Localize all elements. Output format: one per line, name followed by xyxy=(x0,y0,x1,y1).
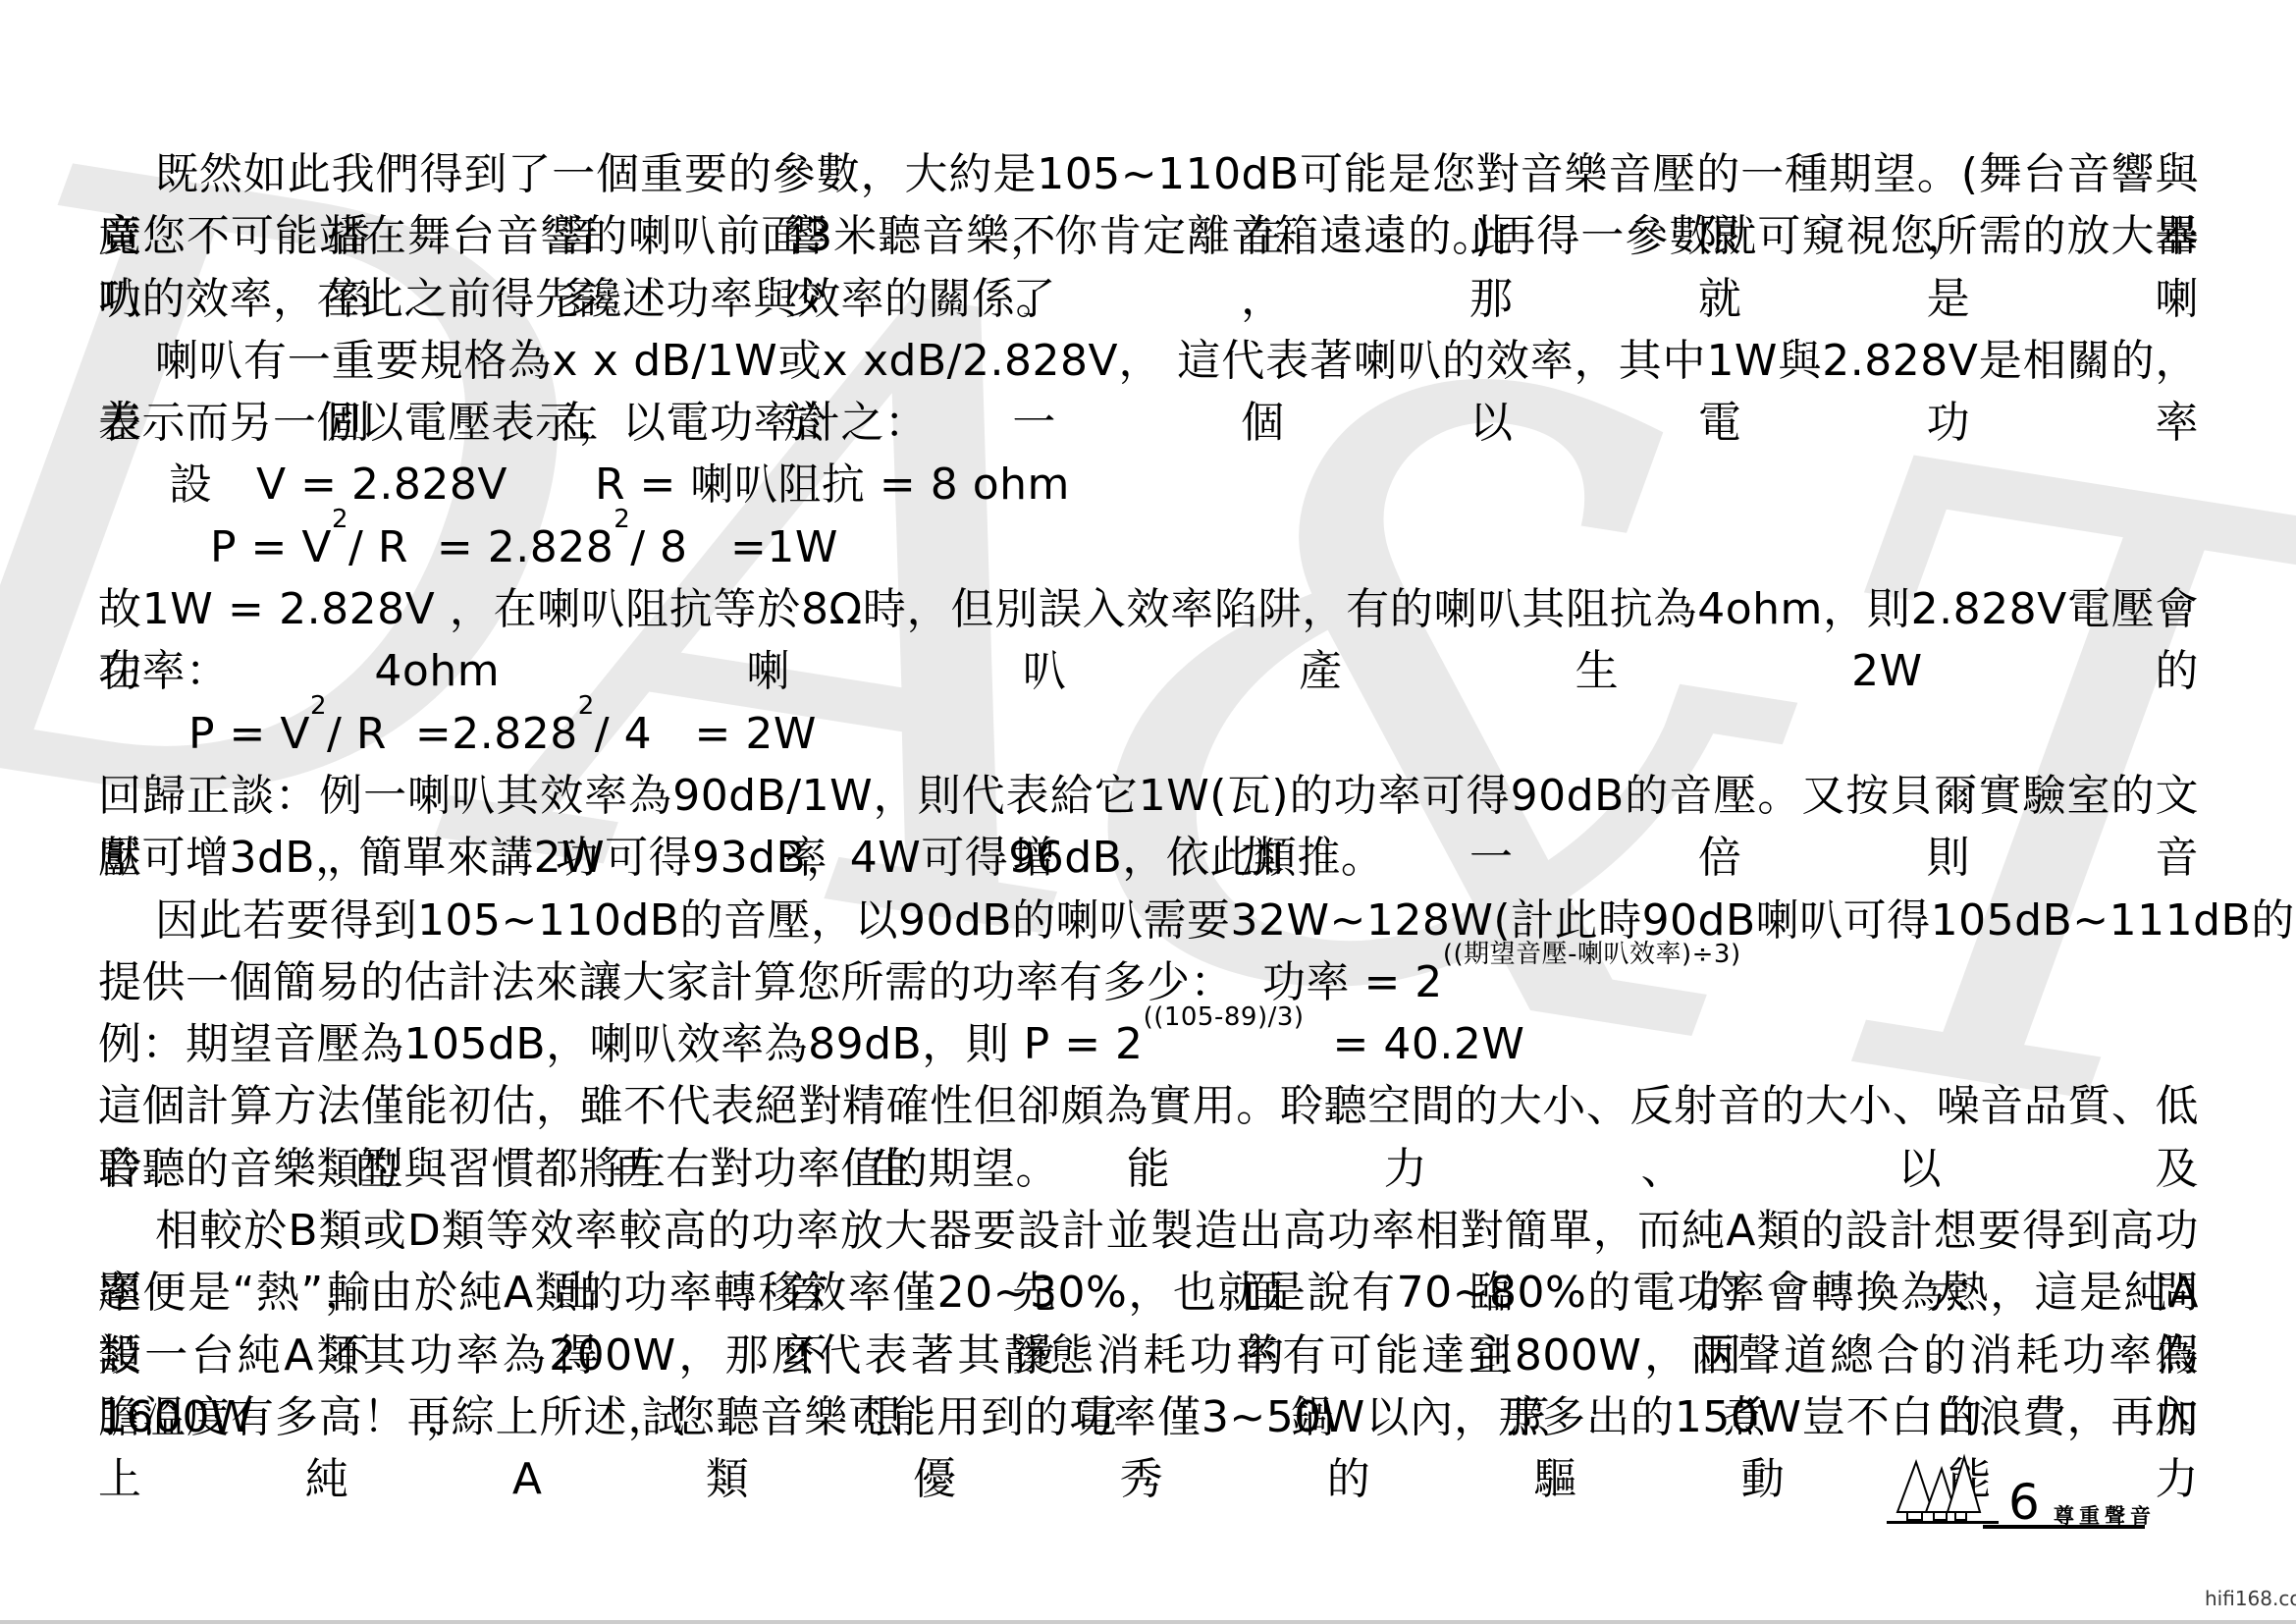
text-line: 例：期望音壓為105dB，喇叭效率為89dB，則 P = 2((105-89)/… xyxy=(98,1013,2199,1075)
text-line: 因此若要得到105~110dB的音壓，以90dB的喇叭需要32W~128W(計此… xyxy=(98,890,2199,951)
text-line: 膽溫度有多高！再綜上所述，您聽音樂可能用到的功率僅3~50W以內，那多出的150… xyxy=(98,1386,2199,1448)
text-line: 回歸正談：例一喇叭其效率為90dB/1W，則代表給它1W(瓦)的功率可得90dB… xyxy=(98,765,2199,827)
text-line: P = V2/ R = 2.8282/ 8 =1W xyxy=(98,516,2199,578)
text-line: 既然如此我們得到了一個重要的參數，大約是105~110dB可能是您對音樂音壓的一… xyxy=(98,143,2199,205)
text-line: P = V2/ R =2.8282/ 4 = 2W xyxy=(98,703,2199,765)
text-line: 故1W = 2.828V ，在喇叭阻抗等於8Ω時，但別誤入效率陷阱，有的喇叭其阻… xyxy=(98,578,2199,640)
text-line: 題便是“熱”，由於純A類的功率轉移效率僅20~30%，也就是說有70~80%的電… xyxy=(98,1262,2199,1324)
text-line: 設一台純A類其功率為200W，那麼代表著其靜態消耗功率有可能達到800W，兩聲道… xyxy=(98,1325,2199,1386)
text-line: 竟您不可能站在舞台音響的喇叭前面3米聽音樂，你肯定離音箱遠遠的。)再得一參數就可… xyxy=(98,205,2199,267)
text-line: 設 V = 2.828V R = 喇叭阻抗 = 8 ohm xyxy=(98,454,2199,515)
text-line: 相較於B類或D類等效率較高的功率放大器要設計並製造出高功率相對簡單，而純A類的設… xyxy=(98,1200,2199,1262)
website-url: hifi168.com xyxy=(2205,1587,2296,1610)
page-number: 6 xyxy=(2008,1477,2040,1528)
footer-rule-left xyxy=(1887,1521,1999,1524)
document-page: DA&T 既然如此我們得到了一個重要的參數，大約是105~110dB可能是您對音… xyxy=(0,0,2296,1624)
text-line: 這個計算方法僅能初估，雖不代表絕對精確性但卻頗為實用。聆聽空間的大小、反射音的大… xyxy=(98,1075,2199,1137)
brand-slogan: 尊重聲音 xyxy=(2054,1500,2156,1530)
document-body: 既然如此我們得到了一個重要的參數，大約是105~110dB可能是您對音樂音壓的一… xyxy=(98,143,2199,1448)
three-sails-logo-icon xyxy=(1887,1453,2006,1528)
scan-edge xyxy=(0,1620,2296,1624)
text-line: 喇叭有一重要規格為x x dB/1W或x xdB/2.828V， 這代表著喇叭的… xyxy=(98,330,2199,392)
